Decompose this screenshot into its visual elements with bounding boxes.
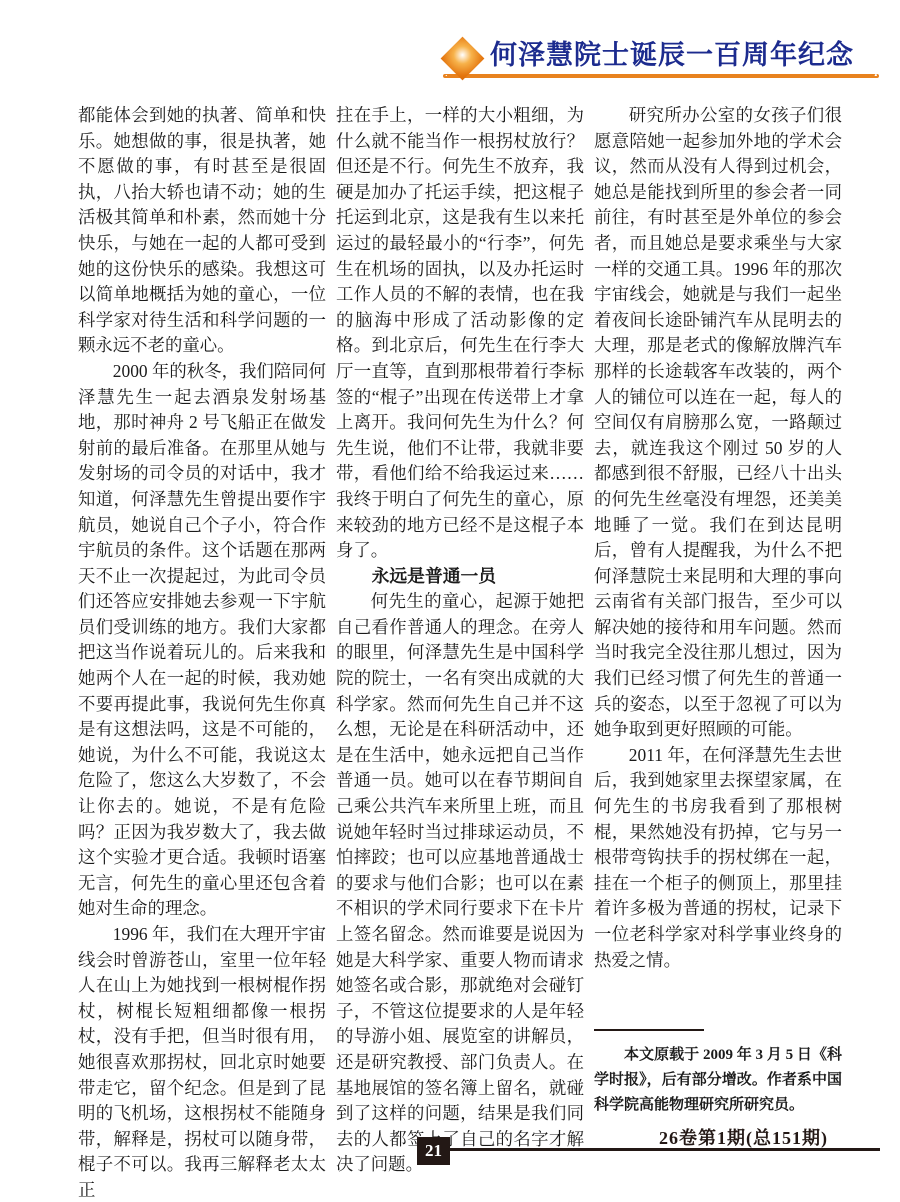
paragraph: 研究所办公室的女孩子们很愿意陪她一起参加外地的学术会议，然而从没有人得到过机会，… bbox=[594, 103, 842, 743]
page-title: 何泽慧院士诞辰一百周年纪念 bbox=[490, 38, 850, 72]
paragraph: 拄在手上，一样的大小粗细，为什么就不能当作一根拐杖放行？但还是不行。何先生不放弃… bbox=[336, 103, 584, 564]
column-2: 拄在手上，一样的大小粗细，为什么就不能当作一根拐杖放行？但还是不行。何先生不放弃… bbox=[336, 103, 584, 1202]
paragraph: 2000 年的秋冬，我们陪同何泽慧先生一起去酒泉发射场基地，那时神舟 2 号飞船… bbox=[78, 359, 326, 922]
header-dashed-divider bbox=[443, 74, 879, 78]
paragraph: 1996 年，我们在大理开宇宙线会时曾游苍山，室里一位年轻人在山上为她找到一根树… bbox=[78, 922, 326, 1202]
paragraph: 何先生的童心，起源于她把自己看作普通人的理念。在旁人的眼里，何泽慧先生是中国科学… bbox=[336, 589, 584, 1178]
article-body: 都能体会到她的执著、简单和快乐。她想做的事，很是执著，她不愿做的事，有时甚至是很… bbox=[78, 103, 852, 1202]
journal-issue-label: 26卷第1期(总151期) bbox=[560, 1124, 828, 1150]
section-subheading: 永远是普通一员 bbox=[336, 564, 584, 590]
footer-rule bbox=[449, 1148, 880, 1151]
column-1: 都能体会到她的执著、简单和快乐。她想做的事，很是执著，她不愿做的事，有时甚至是很… bbox=[78, 103, 326, 1202]
column-3: 研究所办公室的女孩子们很愿意陪她一起参加外地的学术会议，然而从没有人得到过机会，… bbox=[594, 103, 842, 1202]
page-number-badge: 21 bbox=[417, 1137, 450, 1165]
footnote-divider bbox=[594, 1029, 704, 1031]
paragraph: 2011 年，在何泽慧先生去世后，我到她家里去探望家属，在何先生的书房我看到了那… bbox=[594, 743, 842, 973]
footnote-text: 本文原载于 2009 年 3 月 5 日《科学时报》，后有部分增改。作者系中国科… bbox=[594, 1043, 842, 1118]
paragraph: 都能体会到她的执著、简单和快乐。她想做的事，很是执著，她不愿做的事，有时甚至是很… bbox=[78, 103, 326, 359]
